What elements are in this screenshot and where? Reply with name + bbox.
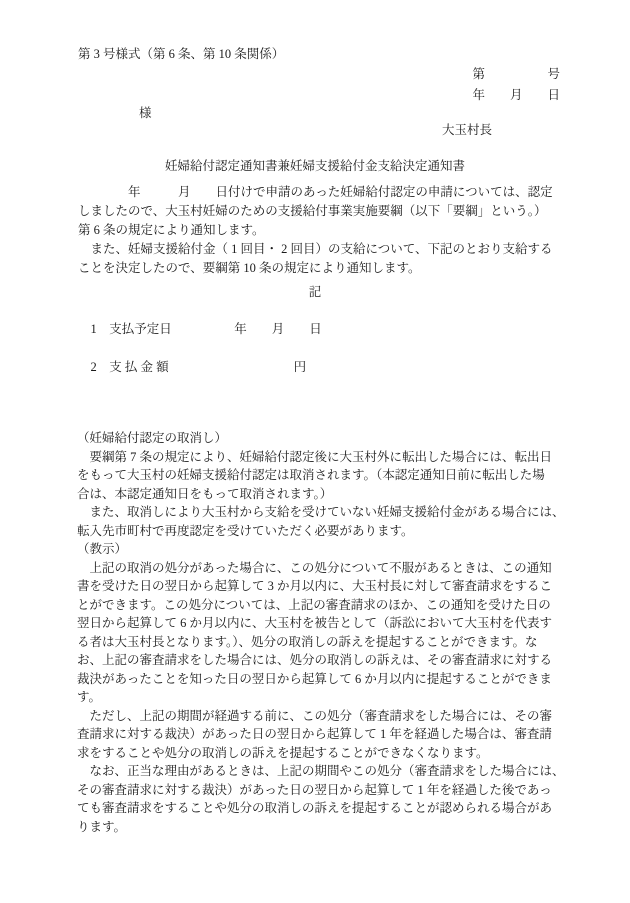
document-line: 求をすることや処分の取消しの訴えを提起することができなくなります。	[77, 744, 587, 763]
document-line: 上記の取消の処分があった場合に、この処分について不服があるときは、この通知	[77, 559, 587, 578]
document-line: をもって大玉村の妊婦支援給付認定は取消されます。（本認定通知日前に転出した場	[77, 466, 587, 485]
document-line: 翌日から起算して 6 か月以内に、大玉村を被告として（訴訟において大玉村を代表す	[77, 614, 587, 633]
document-line: ても審査請求をすることや処分の取消しの訴えを提起することが認められる場合があ	[77, 799, 587, 818]
document-line: 年 月 日付けで申請のあった妊婦給付認定の申請については、認定	[78, 183, 578, 202]
document-line: ただし、上記の期間が経過する前に、この処分（審査請求をした場合には、その審	[77, 707, 587, 726]
issue-date-line: 年 月 日	[472, 86, 560, 105]
document-line: 書を受けた日の翌日から起算して 3 か月以内に、大玉村長に対して審査請求をするこ	[77, 577, 587, 596]
document-line: 査請求に対する裁決）があった日の翌日から起算して 1 年を経過した場合は、審査請	[77, 725, 587, 744]
document-line: その審査請求に対する裁決）があった日の翌日から起算して 1 年を経過した後であっ	[77, 781, 587, 800]
addressee-honorific: 様	[139, 104, 152, 123]
document-line: （妊婦給付認定の取消し）	[77, 429, 587, 448]
document-title: 妊婦給付認定通知書兼妊婦支援給付金支給決定通知書	[0, 157, 630, 176]
document-line: 合は、本認定通知日をもって取消されます。）	[77, 485, 587, 504]
sender-name: 大玉村長	[442, 121, 492, 140]
document-line: しましたので、大玉村妊婦のための支援給付事業実施要綱（以下「要綱」という。）	[78, 202, 578, 221]
form-number: 第 3 号様式（第 6 条、第 10 条関係）	[78, 45, 284, 64]
document-line: （教示）	[77, 540, 587, 559]
opening-paragraphs: 年 月 日付けで申請のあった妊婦給付認定の申請については、認定 しましたので、大…	[78, 183, 578, 278]
document-line: とができます。この処分については、上記の審査請求のほか、この通知を受けた日の	[77, 596, 587, 615]
doc-number-line: 第 号	[472, 65, 560, 84]
document-line: ります。	[77, 818, 587, 837]
document-line: また、妊婦支援給付金（ 1 回目・ 2 回目）の支給について、下記のとおり支給す…	[78, 240, 578, 259]
notes-section: （妊婦給付認定の取消し） 要綱第 7 条の規定により、妊婦給付認定後に大玉村外に…	[77, 429, 587, 836]
document-line: す。	[77, 688, 587, 707]
document-line: なお、正当な理由があるときは、上記の期間やこの処分（審査請求をした場合には、	[77, 762, 587, 781]
document-line: 転入先市町村で再度認定を受けていただく必要があります。	[77, 522, 587, 541]
record-marker: 記	[0, 283, 630, 302]
document-line: ことを決定したので、要綱第 10 条の規定により通知します。	[78, 259, 578, 278]
document-line: 第 6 条の規定により通知します。	[78, 221, 578, 240]
payment-amount-item: 2 支 払 金 額 円	[78, 358, 306, 377]
document-line: 要綱第 7 条の規定により、妊婦給付認定後に大玉村外に転出した場合には、転出日	[77, 448, 587, 467]
document-line: る者は大玉村長となります。）、処分の取消しの訴えを提起することができます。な	[77, 633, 587, 652]
document-page: 第 3 号様式（第 6 条、第 10 条関係） 第 号 年 月 日 様 大玉村長…	[0, 0, 630, 903]
document-line: 裁決があったことを知った日の翌日から起算して 6 か月以内に提起することができま	[77, 670, 587, 689]
payment-date-item: 1 支払予定日 年 月 日	[78, 320, 322, 339]
document-line: また、取消しにより大玉村から支給を受けていない妊婦支援給付金がある場合には、	[77, 503, 587, 522]
document-line: お、上記の審査請求をした場合には、処分の取消しの訴えは、その審査請求に対する	[77, 651, 587, 670]
